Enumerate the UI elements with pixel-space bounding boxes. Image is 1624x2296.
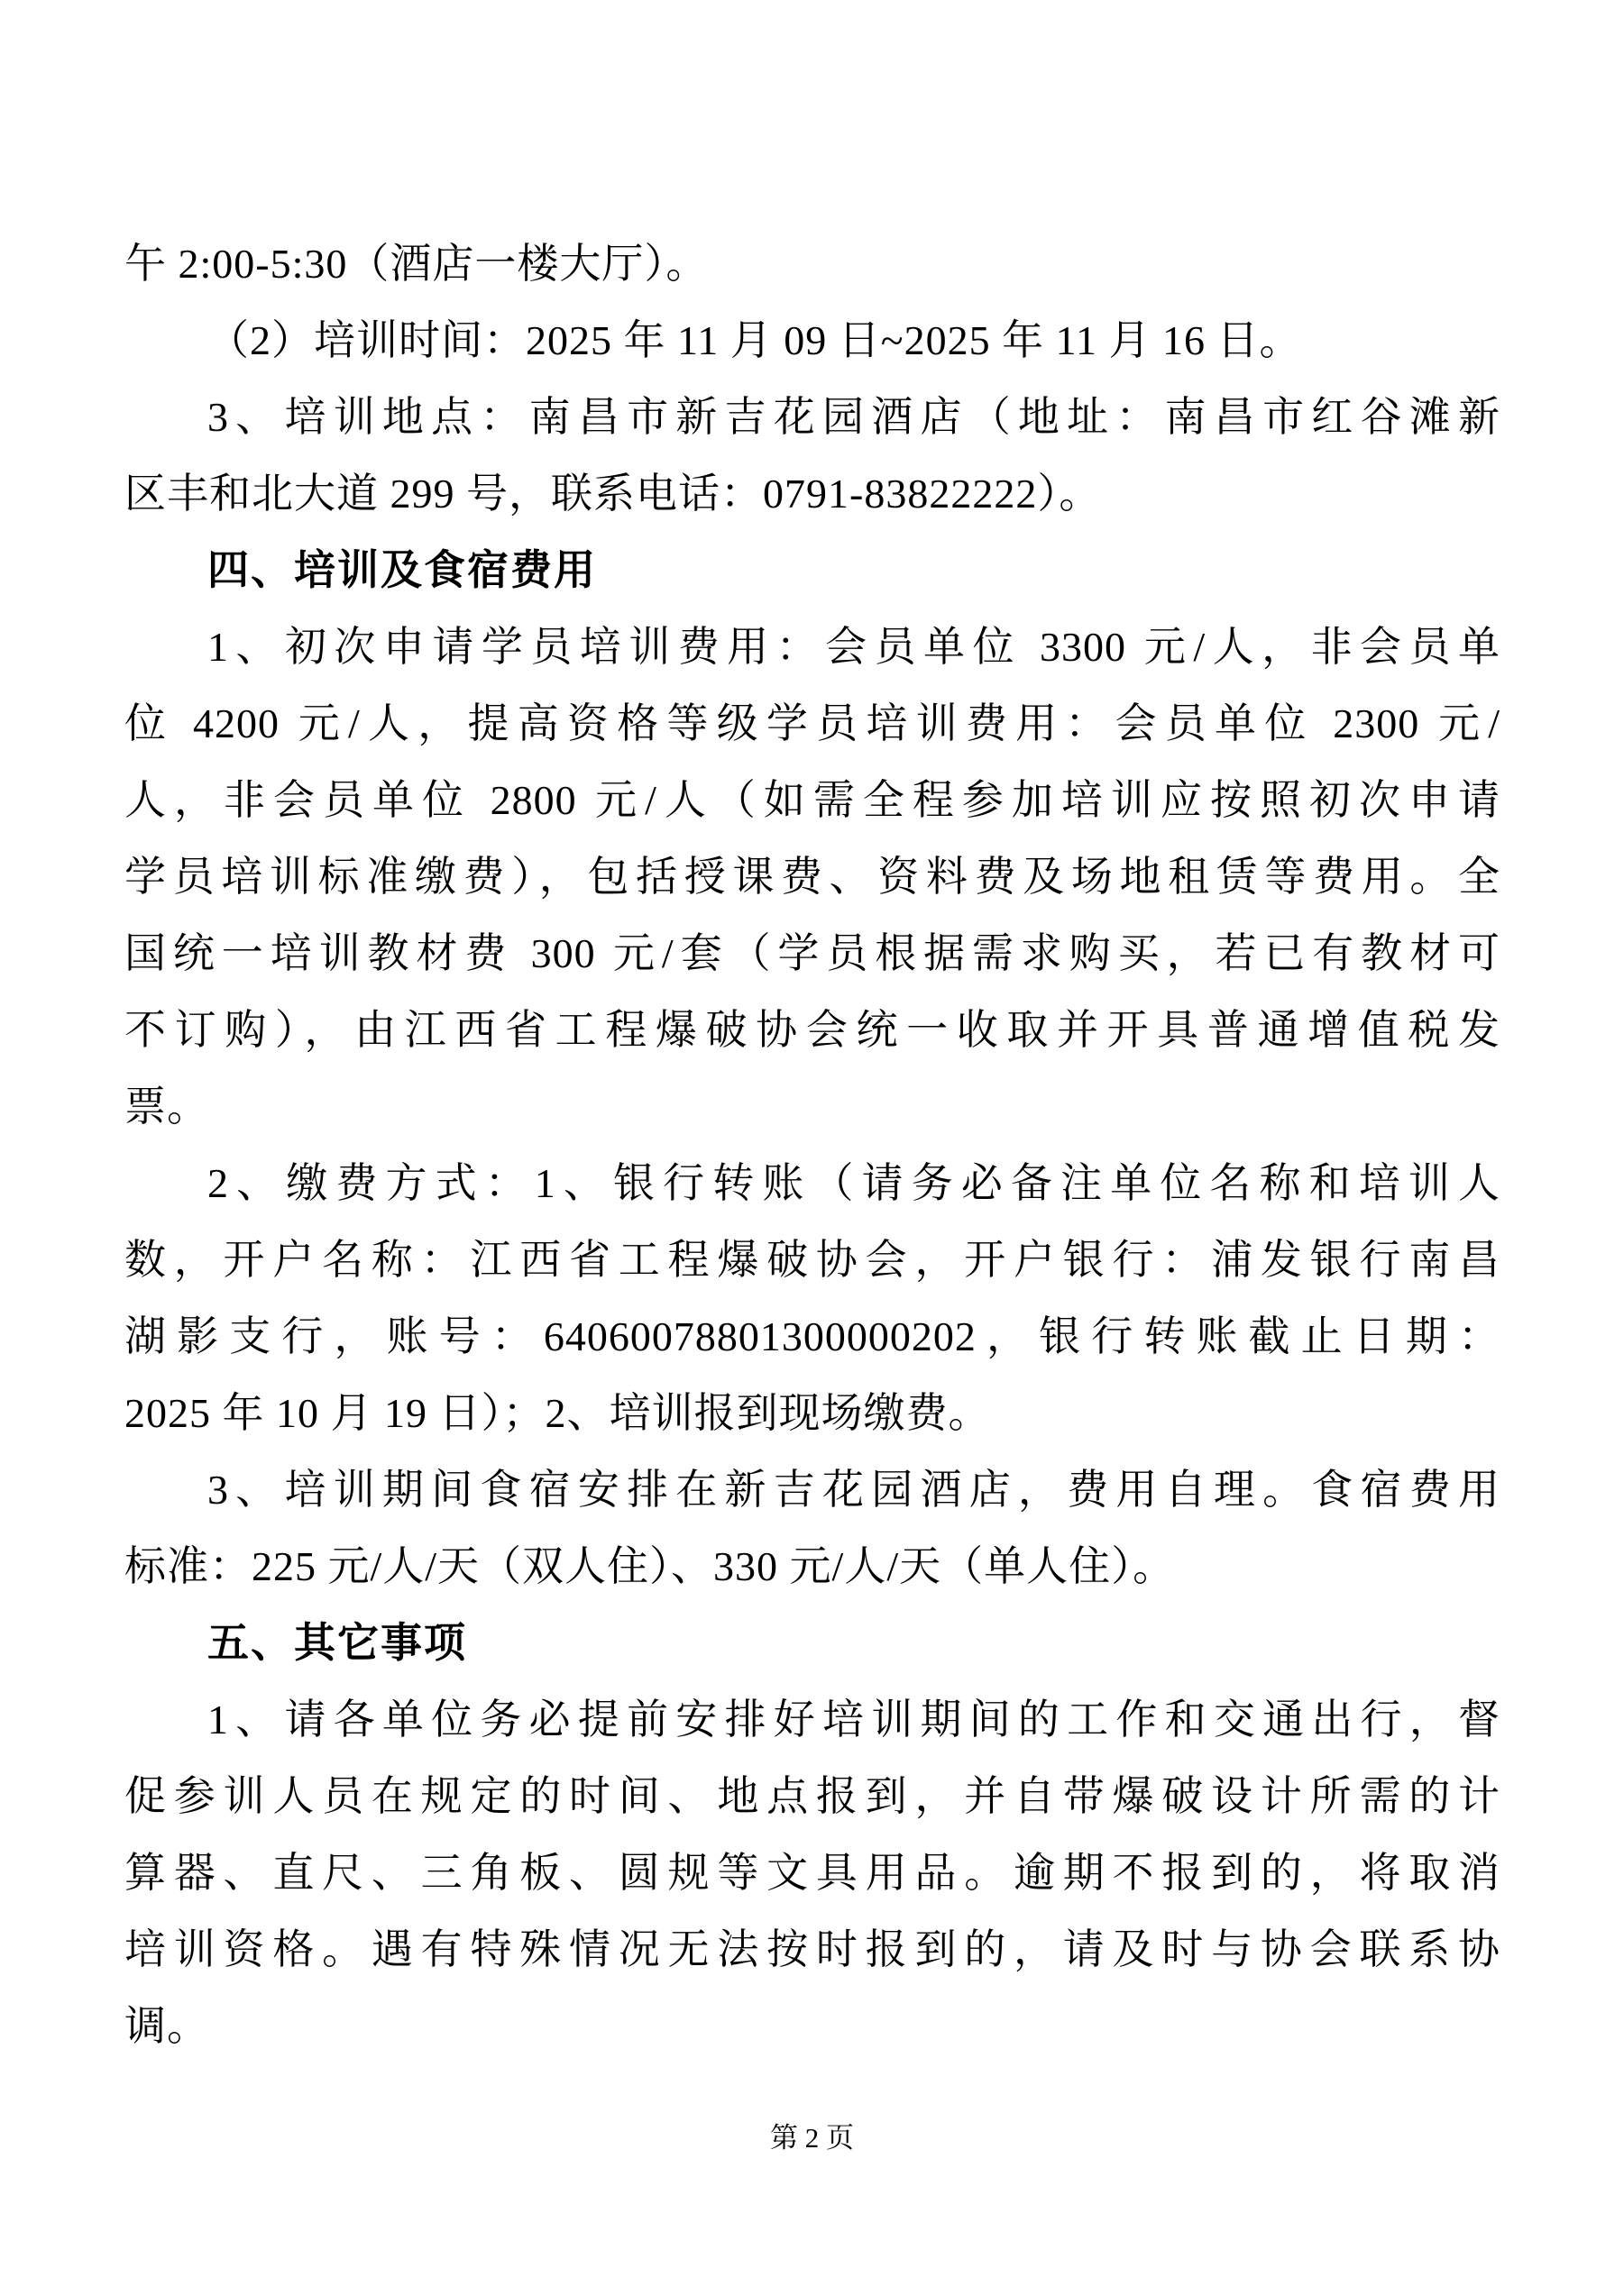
doc-line: 票。 bbox=[124, 1068, 1500, 1145]
doc-line: 不订购），由江西省工程爆破协会统一收取并开具普通增值税发 bbox=[124, 992, 1500, 1068]
doc-line: 国统一培训教材费 300 元/套（学员根据需求购买，若已有教材可 bbox=[124, 915, 1500, 992]
doc-line: 区丰和北大道 299 号，联系电话：0791-83822222）。 bbox=[124, 455, 1500, 532]
doc-line: 人，非会员单位 2800 元/人（如需全程参加培训应按照初次申请 bbox=[124, 762, 1500, 838]
doc-line: 午 2:00-5:30（酒店一楼大厅）。 bbox=[124, 225, 1500, 302]
doc-line: 数，开户名称：江西省工程爆破协会，开户银行：浦发银行南昌 bbox=[124, 1221, 1500, 1298]
doc-line: 1、请各单位务必提前安排好培训期间的工作和交通出行，督 bbox=[124, 1681, 1500, 1758]
doc-line: 调。 bbox=[124, 1988, 1500, 2064]
doc-line: 位 4200 元/人，提高资格等级学员培训费用：会员单位 2300 元/ bbox=[124, 685, 1500, 762]
document-page: 午 2:00-5:30（酒店一楼大厅）。 （2）培训时间：2025 年 11 月… bbox=[0, 0, 1624, 2296]
doc-line: 培训资格。遇有特殊情况无法按时报到的，请及时与协会联系协 bbox=[124, 1911, 1500, 1988]
doc-line: 学员培训标准缴费），包括授课费、资料费及场地租赁等费用。全 bbox=[124, 838, 1500, 915]
page-footer: 第 2 页 bbox=[0, 2120, 1624, 2156]
section-heading-other: 五、其它事项 bbox=[124, 1605, 1500, 1681]
doc-line: 3、培训期间食宿安排在新吉花园酒店，费用自理。食宿费用 bbox=[124, 1451, 1500, 1528]
doc-line: 2、缴费方式：1、银行转账（请务必备注单位名称和培训人 bbox=[124, 1145, 1500, 1221]
section-heading-fees: 四、培训及食宿费用 bbox=[124, 532, 1500, 608]
doc-line: 3、培训地点：南昌市新吉花园酒店（地址：南昌市红谷滩新 bbox=[124, 379, 1500, 455]
doc-line: 标准：225 元/人/天（双人住）、330 元/人/天（单人住）。 bbox=[124, 1528, 1500, 1605]
doc-line: （2）培训时间：2025 年 11 月 09 日~2025 年 11 月 16 … bbox=[124, 302, 1500, 379]
doc-line: 促参训人员在规定的时间、地点报到，并自带爆破设计所需的计 bbox=[124, 1758, 1500, 1834]
doc-line: 湖影支行，账号：64060078801300000202，银行转账截止日期： bbox=[124, 1298, 1500, 1375]
doc-line: 2025 年 10 月 19 日）；2、培训报到现场缴费。 bbox=[124, 1375, 1500, 1451]
doc-line: 算器、直尺、三角板、圆规等文具用品。逾期不报到的，将取消 bbox=[124, 1834, 1500, 1911]
doc-line: 1、初次申请学员培训费用：会员单位 3300 元/人，非会员单 bbox=[124, 608, 1500, 685]
document-body: 午 2:00-5:30（酒店一楼大厅）。 （2）培训时间：2025 年 11 月… bbox=[124, 225, 1500, 2064]
page-number: 第 2 页 bbox=[770, 2122, 854, 2154]
